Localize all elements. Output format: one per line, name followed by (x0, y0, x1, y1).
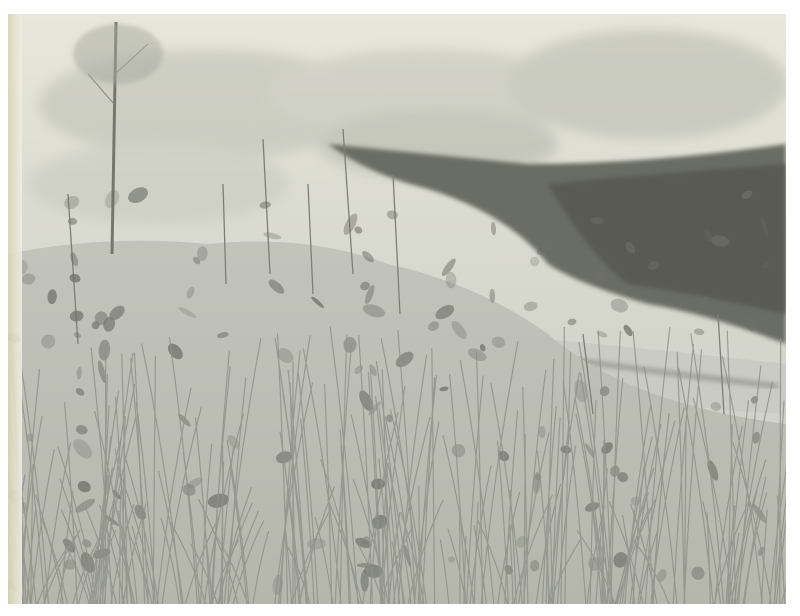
landscape-scene (8, 14, 786, 604)
plate-edge (8, 14, 22, 604)
glass-plate-negative (8, 14, 786, 604)
